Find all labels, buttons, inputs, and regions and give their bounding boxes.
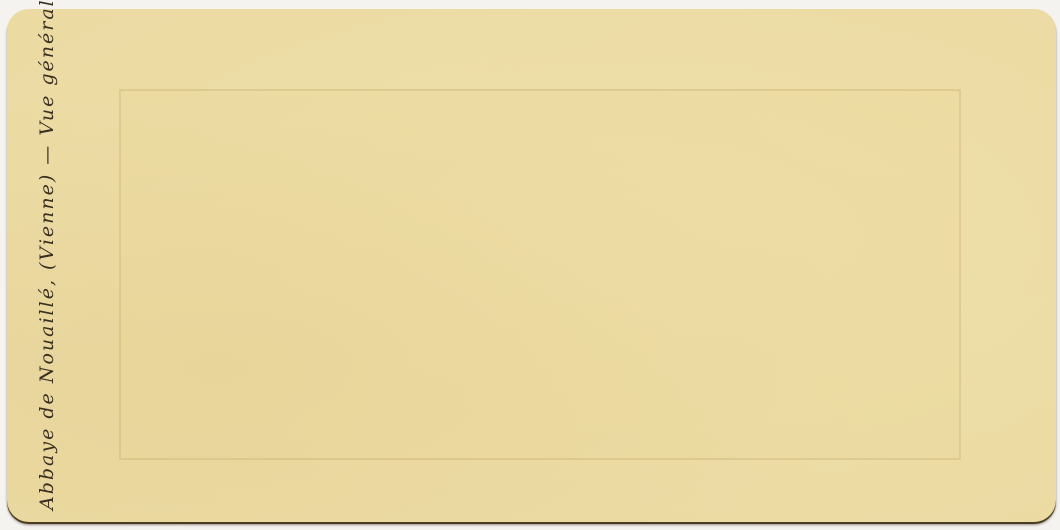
stereoview-card-back [7,9,1056,522]
faded-photo-mount-outline [119,89,961,460]
handwritten-caption: Abbaye de Nouaillé, (Vienne) — Vue génér… [36,0,58,510]
